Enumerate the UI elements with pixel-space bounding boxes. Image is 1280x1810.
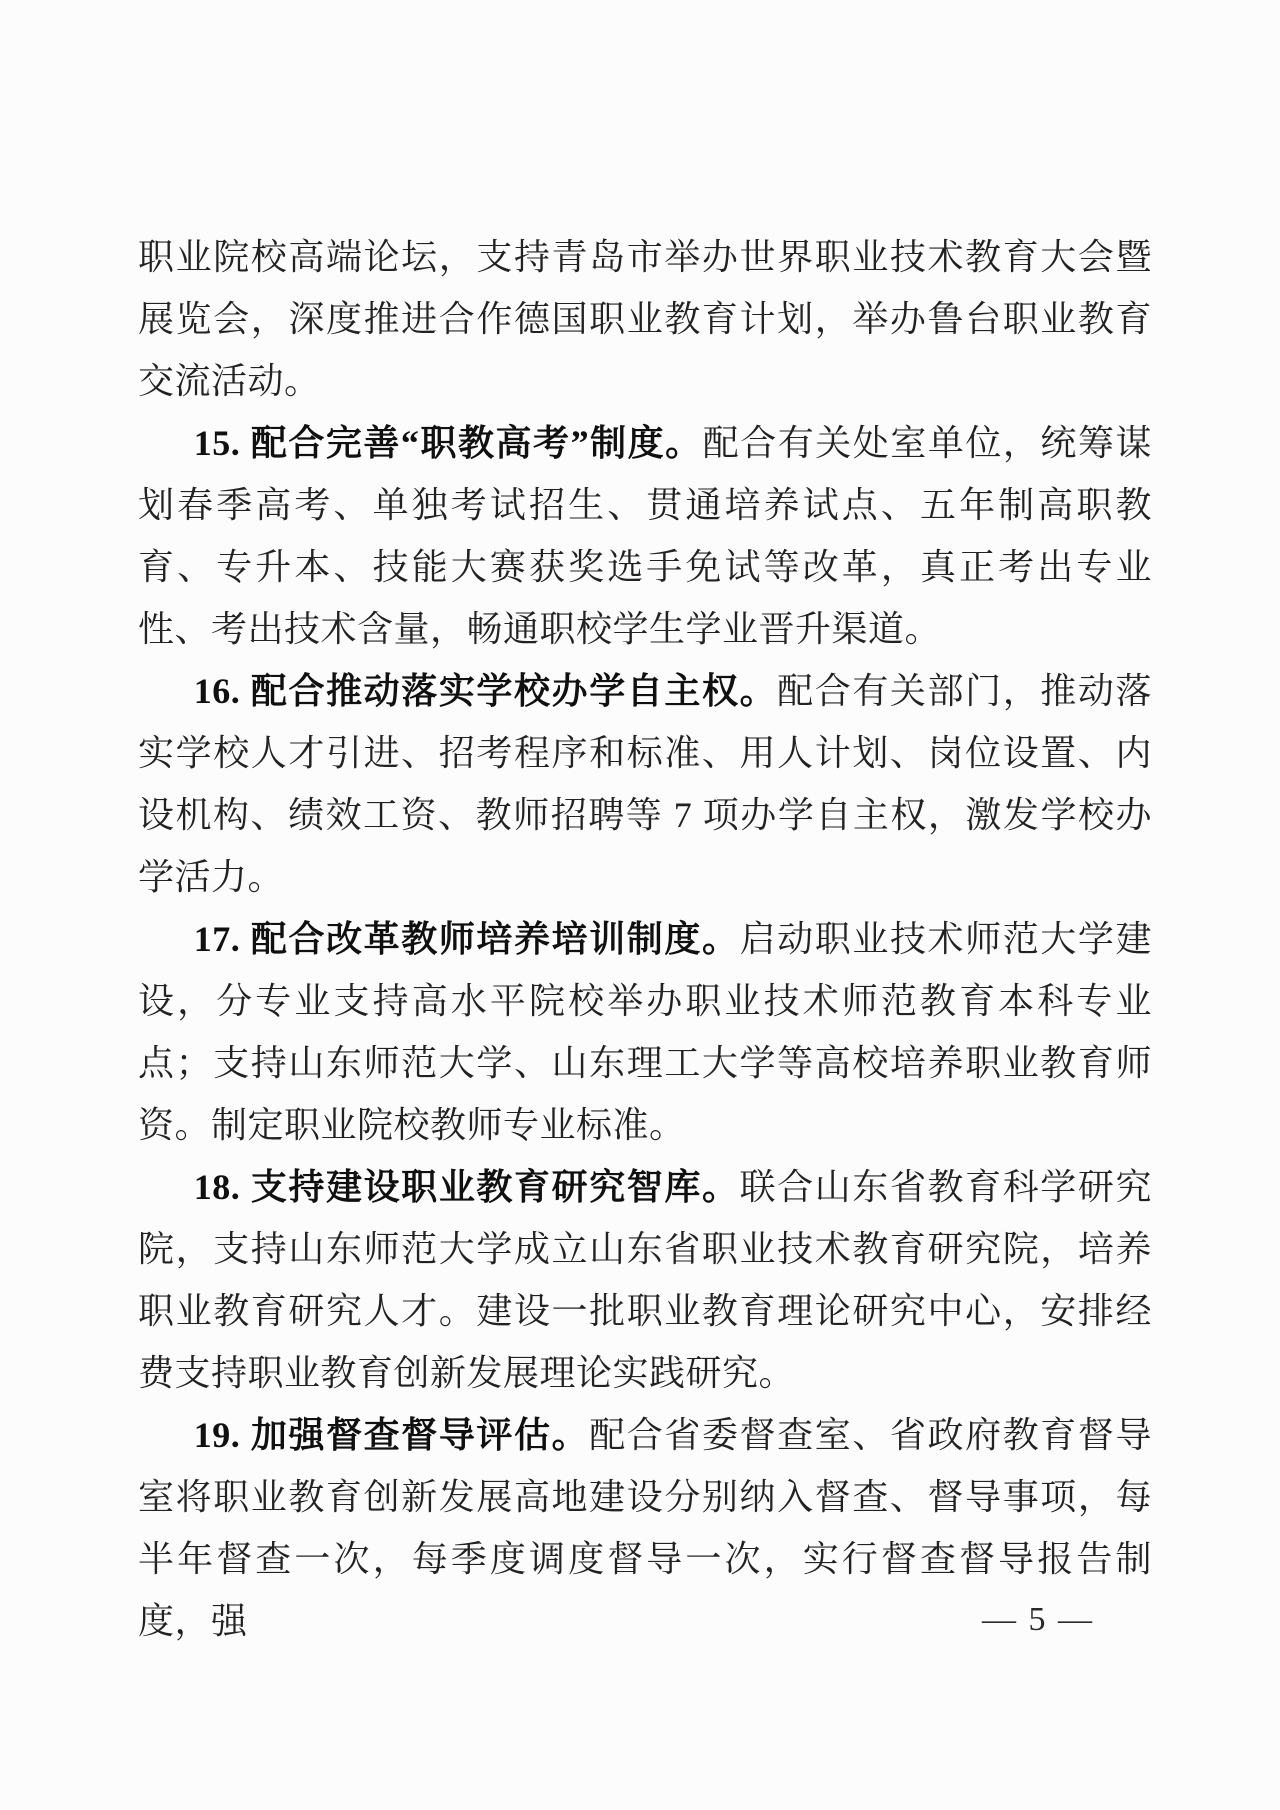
paragraph-item-16: 16. 配合推动落实学校办学自主权。配合有关部门，推动落实学校人才引进、招考程序… bbox=[138, 660, 1152, 908]
paragraph-lead: 17. 配合改革教师培养培训制度。 bbox=[194, 919, 740, 959]
paragraph-lead: 18. 支持建设职业教育研究智库。 bbox=[194, 1167, 740, 1207]
paragraph-item-17: 17. 配合改革教师培养培训制度。启动职业技术师范大学建设，分专业支持高水平院校… bbox=[138, 908, 1152, 1156]
paragraph-lead: 15. 配合完善“职教高考”制度。 bbox=[194, 423, 703, 463]
scanned-document-page: 职业院校高端论坛，支持青岛市举办世界职业技术教育大会暨展览会，深度推进合作德国职… bbox=[0, 0, 1280, 1810]
paragraph-body: 职业院校高端论坛，支持青岛市举办世界职业技术教育大会暨展览会，深度推进合作德国职… bbox=[138, 237, 1152, 401]
paragraph-item-15: 15. 配合完善“职教高考”制度。配合有关处室单位，统筹谋划春季高考、单独考试招… bbox=[138, 412, 1152, 660]
page-number: — 5 — bbox=[138, 1598, 1152, 1642]
paragraph-lead: 16. 配合推动落实学校办学自主权。 bbox=[194, 671, 777, 711]
paragraph-lead: 19. 加强督查督导评估。 bbox=[194, 1415, 589, 1455]
paragraph-item-18: 18. 支持建设职业教育研究智库。联合山东省教育科学研究院，支持山东师范大学成立… bbox=[138, 1156, 1152, 1404]
document-body: 职业院校高端论坛，支持青岛市举办世界职业技术教育大会暨展览会，深度推进合作德国职… bbox=[138, 226, 1152, 1652]
paragraph-continuation: 职业院校高端论坛，支持青岛市举办世界职业技术教育大会暨展览会，深度推进合作德国职… bbox=[138, 226, 1152, 412]
